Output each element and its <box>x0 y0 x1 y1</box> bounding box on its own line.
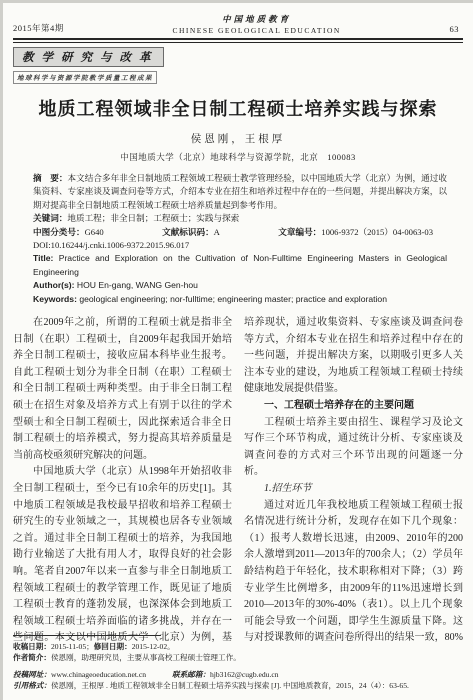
article-meta: 摘 要：本文结合多年非全日制地质工程领域工程硕士教学管理经验，以中国地质大学（北… <box>33 172 447 306</box>
keywords-en: Keywords: geological engineering; nor-fu… <box>33 293 447 306</box>
footnote: 收稿日期：2015-11-05；修回日期：2015-12-02。 作者简介：侯恩… <box>13 635 463 692</box>
masthead-divider <box>13 38 463 43</box>
right-column: 培养现状，通过收集资料、专家座谈及调查问卷等方式，介绍本专业在招生和培养过程中存… <box>244 315 463 647</box>
issue-label: 2015年第4期 <box>13 22 64 35</box>
journal-name-en: CHINESE GEOLOGICAL EDUCATION <box>64 26 450 35</box>
article-affiliation: 中国地质大学（北京）地球科学与资源学院，北京 100083 <box>13 151 463 163</box>
page-number: 63 <box>450 24 464 35</box>
body-paragraph: 培养现状，通过收集资料、专家座谈及调查问卷等方式，介绍本专业在招生和培养过程中存… <box>244 315 463 398</box>
dates-line: 收稿日期：2015-11-05；修回日期：2015-12-02。 <box>13 641 463 653</box>
column-banner-subtitle: 地球科学与资源学院教学质量工程成果 <box>13 71 157 84</box>
abstract-label: 摘 要： <box>33 173 68 183</box>
clc-number: 中图分类号：G640 <box>33 226 104 239</box>
contact-line: 投稿网址：www.chinageoeducation.net.cn联系邮箱：hj… <box>13 669 463 681</box>
left-column: 在2009年之前，所谓的工程硕士就是指非全日制（在职）工程硕士，自2009年起我… <box>13 315 232 647</box>
footnote-divider <box>13 635 161 636</box>
abstract: 摘 要：本文结合多年非全日制地质工程领域工程硕士教学管理经验，以中国地质大学（北… <box>33 172 447 212</box>
authors-en: Author(s): HOU En-gang, WANG Gen-hou <box>33 279 447 292</box>
article-title: 地质工程领域非全日制工程硕士培养实践与探索 <box>13 95 463 121</box>
masthead: 2015年第4期 中国地质教育 CHINESE GEOLOGICAL EDUCA… <box>13 9 463 35</box>
journal-name-cn: 中国地质教育 <box>64 13 450 25</box>
body-columns: 在2009年之前，所谓的工程硕士就是指非全日制（在职）工程硕士，自2009年起我… <box>13 315 463 647</box>
column-banner: 教学研究与改革 地球科学与资源学院教学质量工程成果 <box>13 47 463 85</box>
author-bio-line: 作者简介：侯恩刚，助理研究员，主要从事高校工程硕士管理工作。 <box>13 652 463 664</box>
keywords: 关键词：地质工程；非全日制；工程硕士；实践与探索 <box>33 212 447 225</box>
keywords-label: 关键词： <box>33 213 67 223</box>
body-paragraph: 工程硕士培养主要由招生、课程学习及论文写作三个环节构成，通过统计分析、专家座谈及… <box>244 415 463 481</box>
classification-row: 中图分类号：G640 文献标识码：A 文章编号：1006-9372（2015）0… <box>33 226 447 239</box>
article-authors: 侯恩刚，王根厚 <box>13 131 463 146</box>
body-paragraph: 在2009年之前，所谓的工程硕士就是指非全日制（在职）工程硕士，自2009年起我… <box>13 315 232 464</box>
journal-name-block: 中国地质教育 CHINESE GEOLOGICAL EDUCATION <box>64 13 450 35</box>
body-paragraph: 中国地质大学（北京）从1998年开始招收非全日制工程硕士，至今已有10余年的历史… <box>13 464 232 647</box>
article-number: 文章编号：1006-9372（2015）04-0063-03 <box>278 226 433 239</box>
title-en: Title: Practice and Exploration on the C… <box>33 252 447 279</box>
submission-url: www.chinageoeducation.net.cn <box>51 670 146 679</box>
section-heading: 一、工程硕士培养存在的主要问题 <box>244 398 463 415</box>
citation-line: 引用格式：侯恩刚，王根厚 . 地质工程领域非全日制工程硕士培养实践与探索 [J]… <box>13 680 463 692</box>
journal-page: 2015年第4期 中国地质教育 CHINESE GEOLOGICAL EDUCA… <box>3 3 473 700</box>
document-code: 文献标识码：A <box>162 226 220 239</box>
abstract-text: 本文结合多年非全日制地质工程领域工程硕士教学管理经验，以中国地质大学（北京）为例… <box>33 173 447 210</box>
doi: DOI:10.16244/j.cnki.1006-9372.2015.96.01… <box>33 239 447 252</box>
column-banner-title: 教学研究与改革 <box>13 47 164 67</box>
body-paragraph: 通过对近几年我校地质工程领域工程硕士报名情况进行统计分析，发现存在如下几个现象：… <box>244 498 463 647</box>
keywords-text: 地质工程；非全日制；工程硕士；实践与探索 <box>67 213 239 223</box>
contact-email: hjb3162@cugb.edu.cn <box>210 670 279 679</box>
subsection-heading: 1.招生环节 <box>244 481 463 498</box>
